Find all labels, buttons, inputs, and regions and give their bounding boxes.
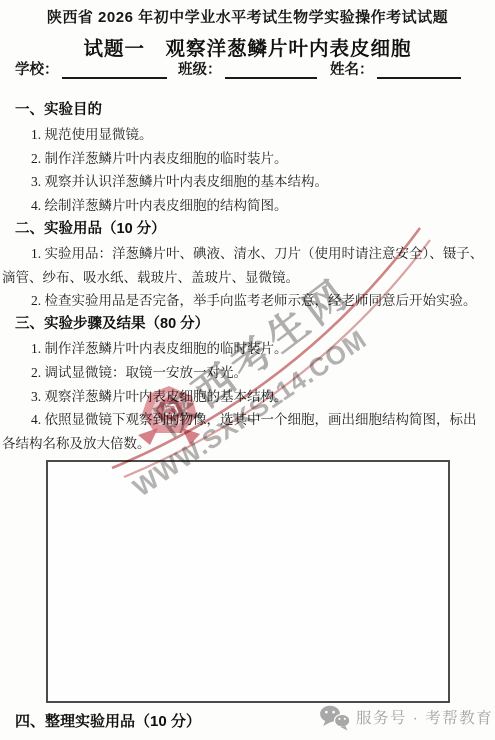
steps-item: 3. 观察洋葱鳞片叶内表皮细胞的基本结构。 xyxy=(2,385,495,409)
wechat-icon xyxy=(318,704,351,731)
materials-item-cont: 滴管、纱布、吸水纸、载玻片、盖玻片、显微镜。 xyxy=(2,266,495,290)
name-label: 姓名： xyxy=(330,61,374,79)
materials-item: 1. 实验用品：洋葱鳞片叶、碘液、清水、刀片（使用时请注意安全）、镊子、 xyxy=(2,242,495,266)
steps-item: 2. 调试显微镜：取镜一安放一对光。 xyxy=(2,361,495,385)
class-blank-line xyxy=(225,62,317,79)
student-info-row: 学校： 班级： 姓名： xyxy=(0,61,495,81)
purpose-item: 4. 绘制洋葱鳞片叶内表皮细胞的结构简图。 xyxy=(2,194,495,218)
drawing-area-box xyxy=(46,460,450,703)
purpose-section-title: 一、实验目的 xyxy=(2,99,495,123)
cleanup-section-title: 四、整理实验用品（10 分） xyxy=(15,710,201,731)
purpose-item: 2. 制作洋葱鳞片叶内表皮细胞的临时装片。 xyxy=(2,147,495,171)
purpose-item: 1. 规范使用显微镜。 xyxy=(2,123,495,147)
class-field: 班级： xyxy=(178,61,317,79)
steps-item: 1. 制作洋葱鳞片叶内表皮细胞的临时装片。 xyxy=(2,337,495,361)
page-root: 陕西省 2026 年初中学业水平考试生物学实验操作考试试题 试题一 观察洋葱鳞片… xyxy=(0,0,495,740)
school-label: 学校： xyxy=(15,61,59,79)
materials-section-title: 二、实验用品（10 分） xyxy=(2,218,495,242)
school-field: 学校： xyxy=(15,61,167,79)
steps-item: 4. 依照显微镜下观察到的物像，选其中一个细胞，画出细胞结构简图，标出 xyxy=(2,408,495,432)
steps-item-cont: 各结构名称及放大倍数。 xyxy=(2,432,495,456)
name-field: 姓名： xyxy=(330,61,461,79)
name-blank-line xyxy=(377,62,461,79)
document-body: 一、实验目的 1. 规范使用显微镜。 2. 制作洋葱鳞片叶内表皮细胞的临时装片。… xyxy=(2,99,495,456)
class-label: 班级： xyxy=(178,61,222,79)
wechat-service-label: 服务号 · 考帮教育 xyxy=(356,706,493,728)
materials-item: 2. 检查实验用品是否完备，举手向监考老师示意，经老师同意后开始实验。 xyxy=(2,289,495,313)
exam-title: 试题一 观察洋葱鳞片叶内表皮细胞 xyxy=(0,33,495,61)
wechat-service-badge: 服务号 · 考帮教育 xyxy=(318,703,493,731)
purpose-item: 3. 观察并认识洋葱鳞片叶内表皮细胞的基本结构。 xyxy=(2,170,495,194)
school-blank-line xyxy=(62,62,167,79)
steps-section-title: 三、实验步骤及结果（80 分） xyxy=(2,313,495,337)
header-title: 陕西省 2026 年初中学业水平考试生物学实验操作考试试题 xyxy=(0,6,495,27)
